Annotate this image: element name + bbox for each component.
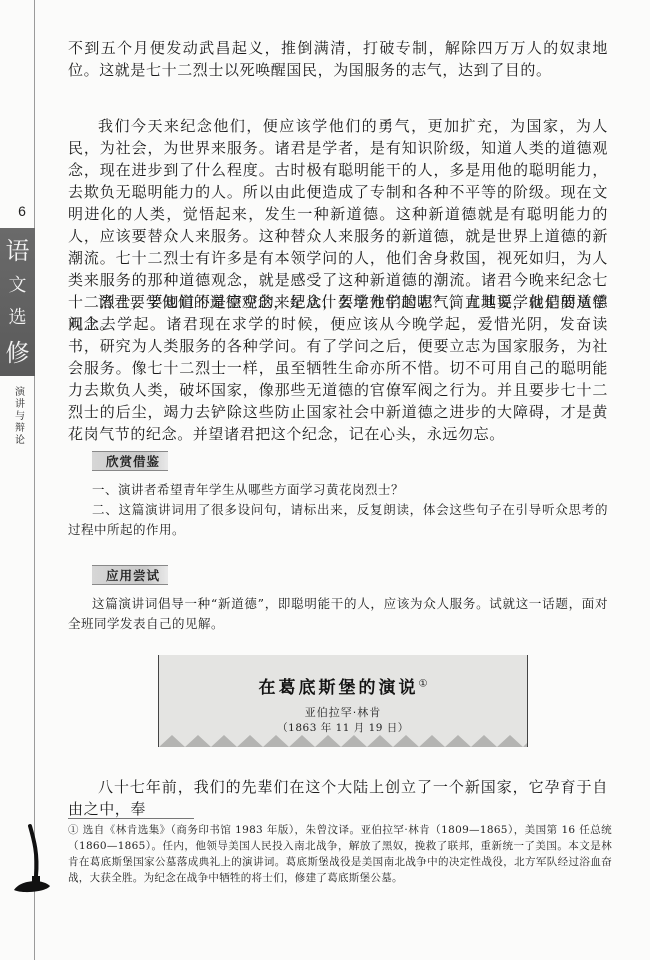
footnote-marker[interactable]: ①: [419, 678, 428, 689]
section-label-application: 应用尝试: [92, 565, 168, 585]
series-tab: 语 文 选 修: [0, 228, 35, 376]
page-number: 6: [10, 203, 34, 219]
zigzag-decoration: [159, 733, 527, 747]
speech-title-box: 在葛底斯堡的演说① 亚伯拉罕·林肯 （1863 年 11 月 19 日）: [158, 655, 528, 747]
application-text: 这篇演讲词倡导一种“新道德”，即聪明能干的人，应该为众人服务。试就这一话题，面对…: [68, 594, 608, 634]
body-paragraph: 不到五个月便发动武昌起义，推倒满清，打破专制，解除四万万人的奴隶地位。这就是七十…: [68, 37, 608, 81]
body-paragraph: 诸君要学他们的道德观念，是从什么地方学起呢？简直地说，就是要从学问上去学起。诸君…: [68, 291, 608, 445]
footnote: ① 选自《林肯选集》（商务印书馆 1983 年版），朱曾汶译。亚伯拉罕·林肯（1…: [68, 822, 612, 886]
microphone-icon: [12, 820, 52, 900]
series-char: 选: [9, 309, 27, 327]
series-char: 文: [9, 277, 27, 295]
margin-rule: [34, 0, 35, 960]
series-char: 修: [6, 341, 30, 365]
question-item: 一、演讲者希望青年学生从哪些方面学习黄花岗烈士？: [68, 480, 608, 500]
unit-label: 演讲与辩论: [4, 386, 32, 446]
series-char: 语: [6, 239, 30, 263]
speech-opening: 八十七年前，我们的先辈们在这个大陆上创立了一个新国家，它孕育于自由之中，奉: [68, 776, 608, 820]
section-label-appreciation: 欣赏借鉴: [92, 451, 168, 471]
speech-title: 在葛底斯堡的演说①: [159, 673, 527, 698]
speech-author: 亚伯拉罕·林肯: [159, 704, 527, 720]
question-item: 二、这篇演讲词用了很多设问句，请标出来，反复朗读，体会这些句子在引导听众思考的过…: [68, 500, 608, 540]
footnote-rule: [68, 818, 194, 819]
